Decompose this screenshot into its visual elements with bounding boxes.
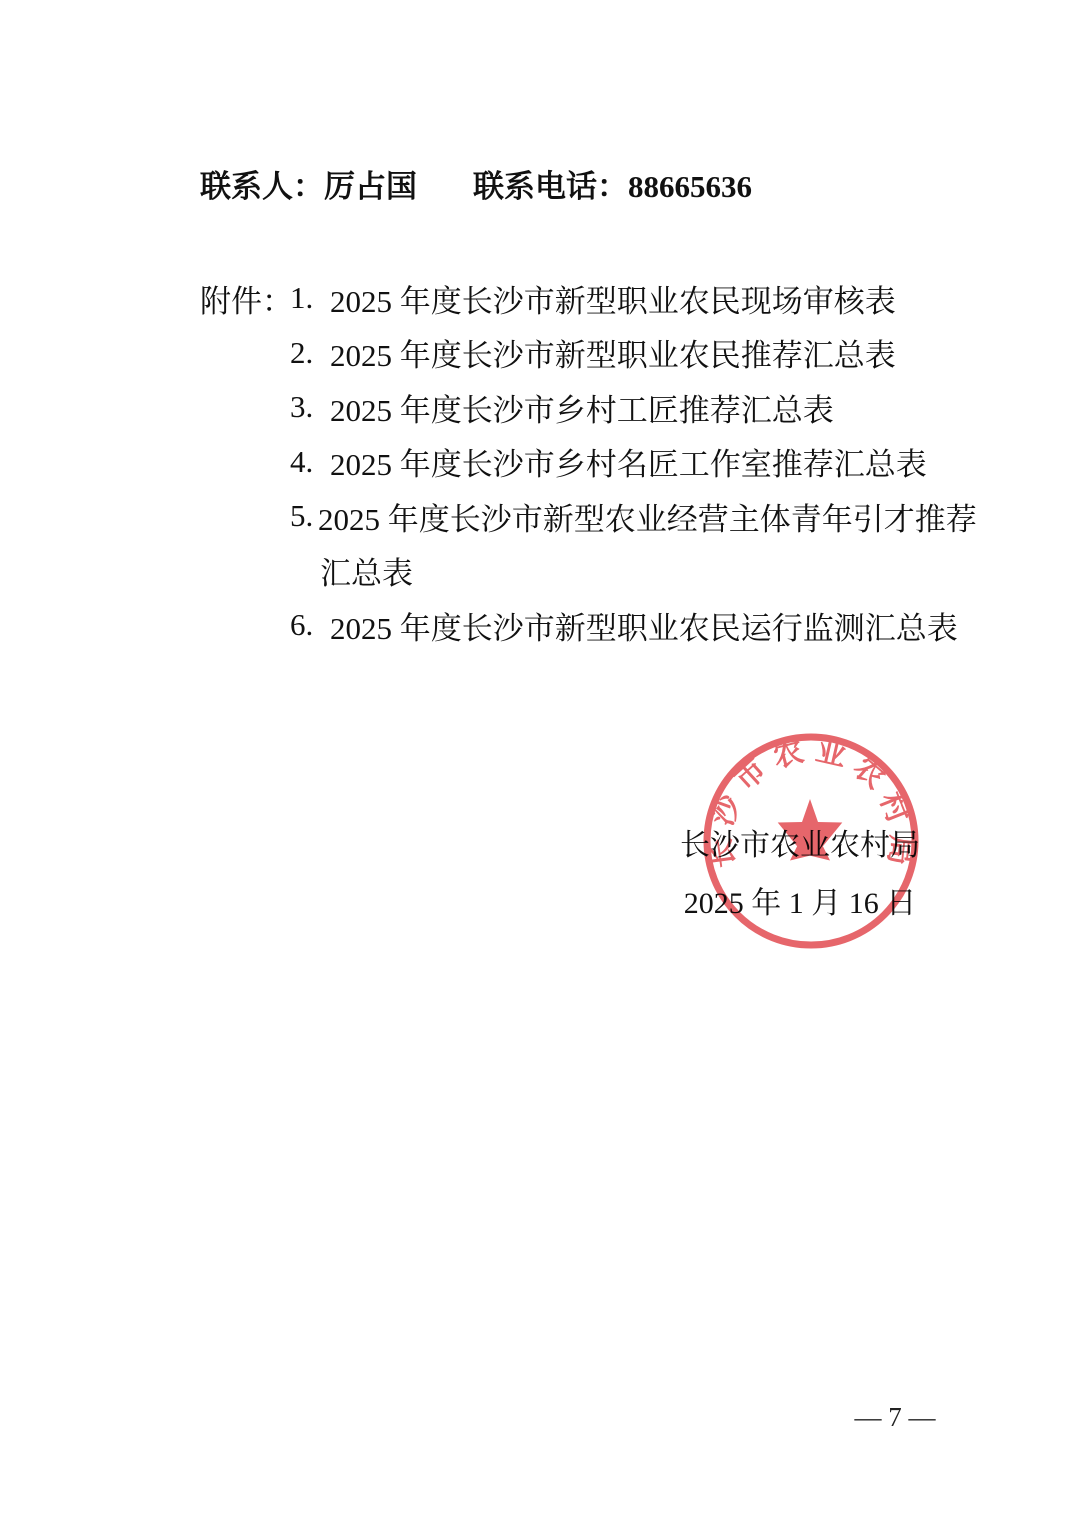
attachment-item: 4. 2025 年度长沙市乡村名匠工作室推荐汇总表: [200, 435, 977, 490]
attachment-item: 6. 2025 年度长沙市新型职业农民运行监测汇总表: [200, 598, 977, 653]
page-number: — 7 —: [795, 1402, 995, 1433]
contact-phone-number: 88665636: [628, 169, 752, 204]
attachment-title: 2025 年度长沙市新型职业农民现场审核表: [330, 276, 896, 321]
seal-star-icon: [778, 799, 843, 861]
attachment-title: 2025 年度长沙市新型职业农民推荐汇总表: [330, 330, 896, 375]
attachment-number: 1.: [290, 280, 330, 316]
attachment-number: 3.: [290, 389, 330, 425]
attachment-item-wrap-line: 汇总表: [200, 544, 977, 599]
attachment-title: 2025 年度长沙市新型职业农民运行监测汇总表: [330, 603, 958, 648]
attachment-item: 2. 2025 年度长沙市新型职业农民推荐汇总表: [200, 326, 977, 381]
attachment-number: 2.: [290, 335, 330, 371]
contact-person-name: 厉占国: [324, 169, 417, 204]
attachment-title: 2025 年度长沙市乡村工匠推荐汇总表: [330, 385, 834, 430]
attachment-item: 3. 2025 年度长沙市乡村工匠推荐汇总表: [200, 380, 977, 435]
contact-person-label: 联系人：: [200, 169, 324, 204]
contact-phone-label: 联系电话：: [473, 169, 628, 204]
attachment-number: 6.: [290, 607, 330, 643]
attachment-title: 2025 年度长沙市乡村名匠工作室推荐汇总表: [330, 439, 927, 484]
attachment-title-continued: 汇总表: [320, 548, 413, 593]
attachment-title: 2025 年度长沙市新型农业经营主体青年引才推荐: [318, 494, 977, 539]
attachment-number: 4.: [290, 444, 330, 480]
official-seal: 长沙市农业农村局: [692, 722, 930, 960]
document-page: 联系人：厉占国联系电话：88665636 附件： 1. 2025 年度长沙市新型…: [0, 0, 1074, 1520]
contact-line: 联系人：厉占国联系电话：88665636: [200, 166, 752, 208]
attachment-list: 附件： 1. 2025 年度长沙市新型职业农民现场审核表 2. 2025 年度长…: [200, 271, 977, 653]
attachment-item: 5. 2025 年度长沙市新型农业经营主体青年引才推荐: [200, 489, 977, 544]
attachment-number: 5.: [290, 498, 318, 534]
attachments-label: 附件：: [200, 276, 290, 321]
attachment-item: 附件： 1. 2025 年度长沙市新型职业农民现场审核表: [200, 271, 977, 326]
